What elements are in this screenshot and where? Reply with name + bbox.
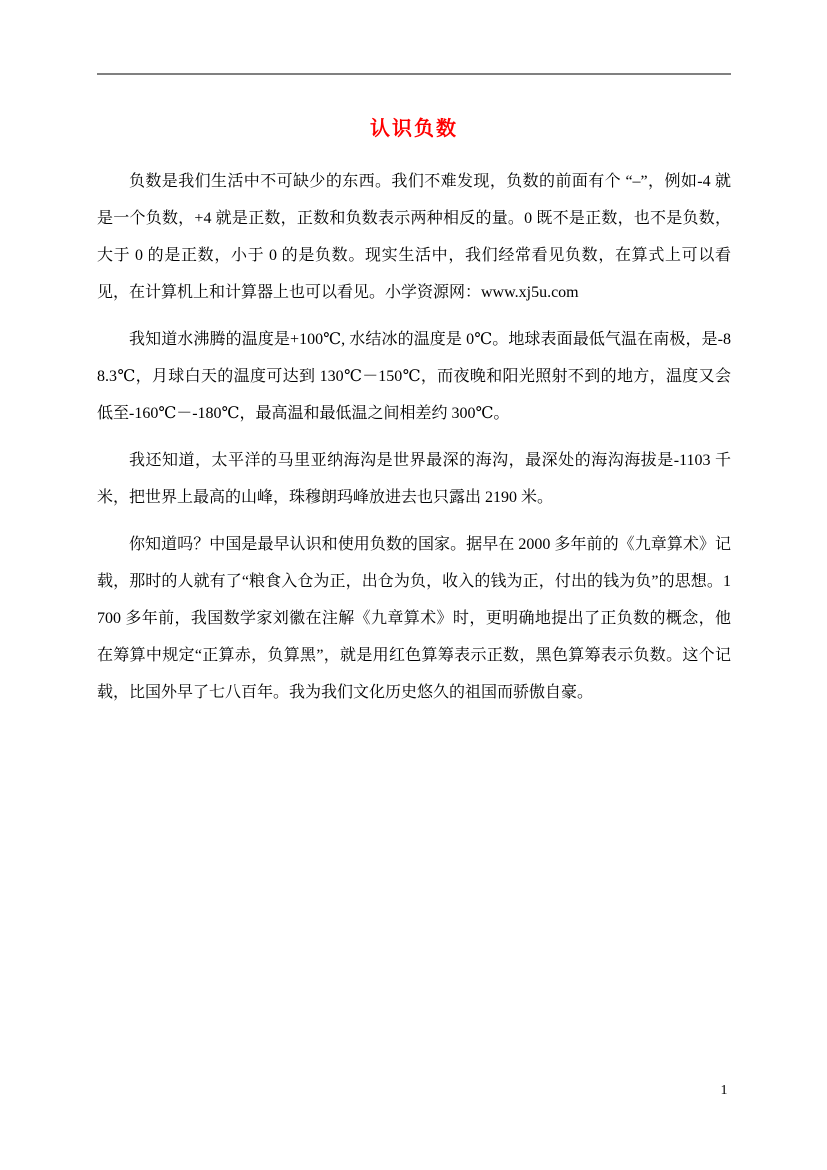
document-page: 认识负数 负数是我们生活中不可缺少的东西。我们不难发现，负数的前面有个 “–”，… [0, 0, 827, 1170]
paragraph-history-of-negatives: 你知道吗？中国是最早认识和使用负数的国家。据早在 2000 多年前的《九章算术》… [97, 526, 731, 711]
paragraph-temperatures: 我知道水沸腾的温度是+100℃, 水结冰的温度是 0℃。地球表面最低气温在南极，… [97, 321, 731, 432]
paragraph-intro-negative-numbers: 负数是我们生活中不可缺少的东西。我们不难发现，负数的前面有个 “–”，例如-4 … [97, 163, 731, 311]
document-body: 认识负数 负数是我们生活中不可缺少的东西。我们不难发现，负数的前面有个 “–”，… [97, 115, 731, 721]
page-number: 1 [716, 1082, 732, 1100]
page-title: 认识负数 [97, 115, 731, 143]
paragraph-mariana-trench: 我还知道，太平洋的马里亚纳海沟是世界最深的海沟，最深处的海沟海拔是-1103 千… [97, 442, 731, 516]
header-rule [97, 73, 731, 75]
